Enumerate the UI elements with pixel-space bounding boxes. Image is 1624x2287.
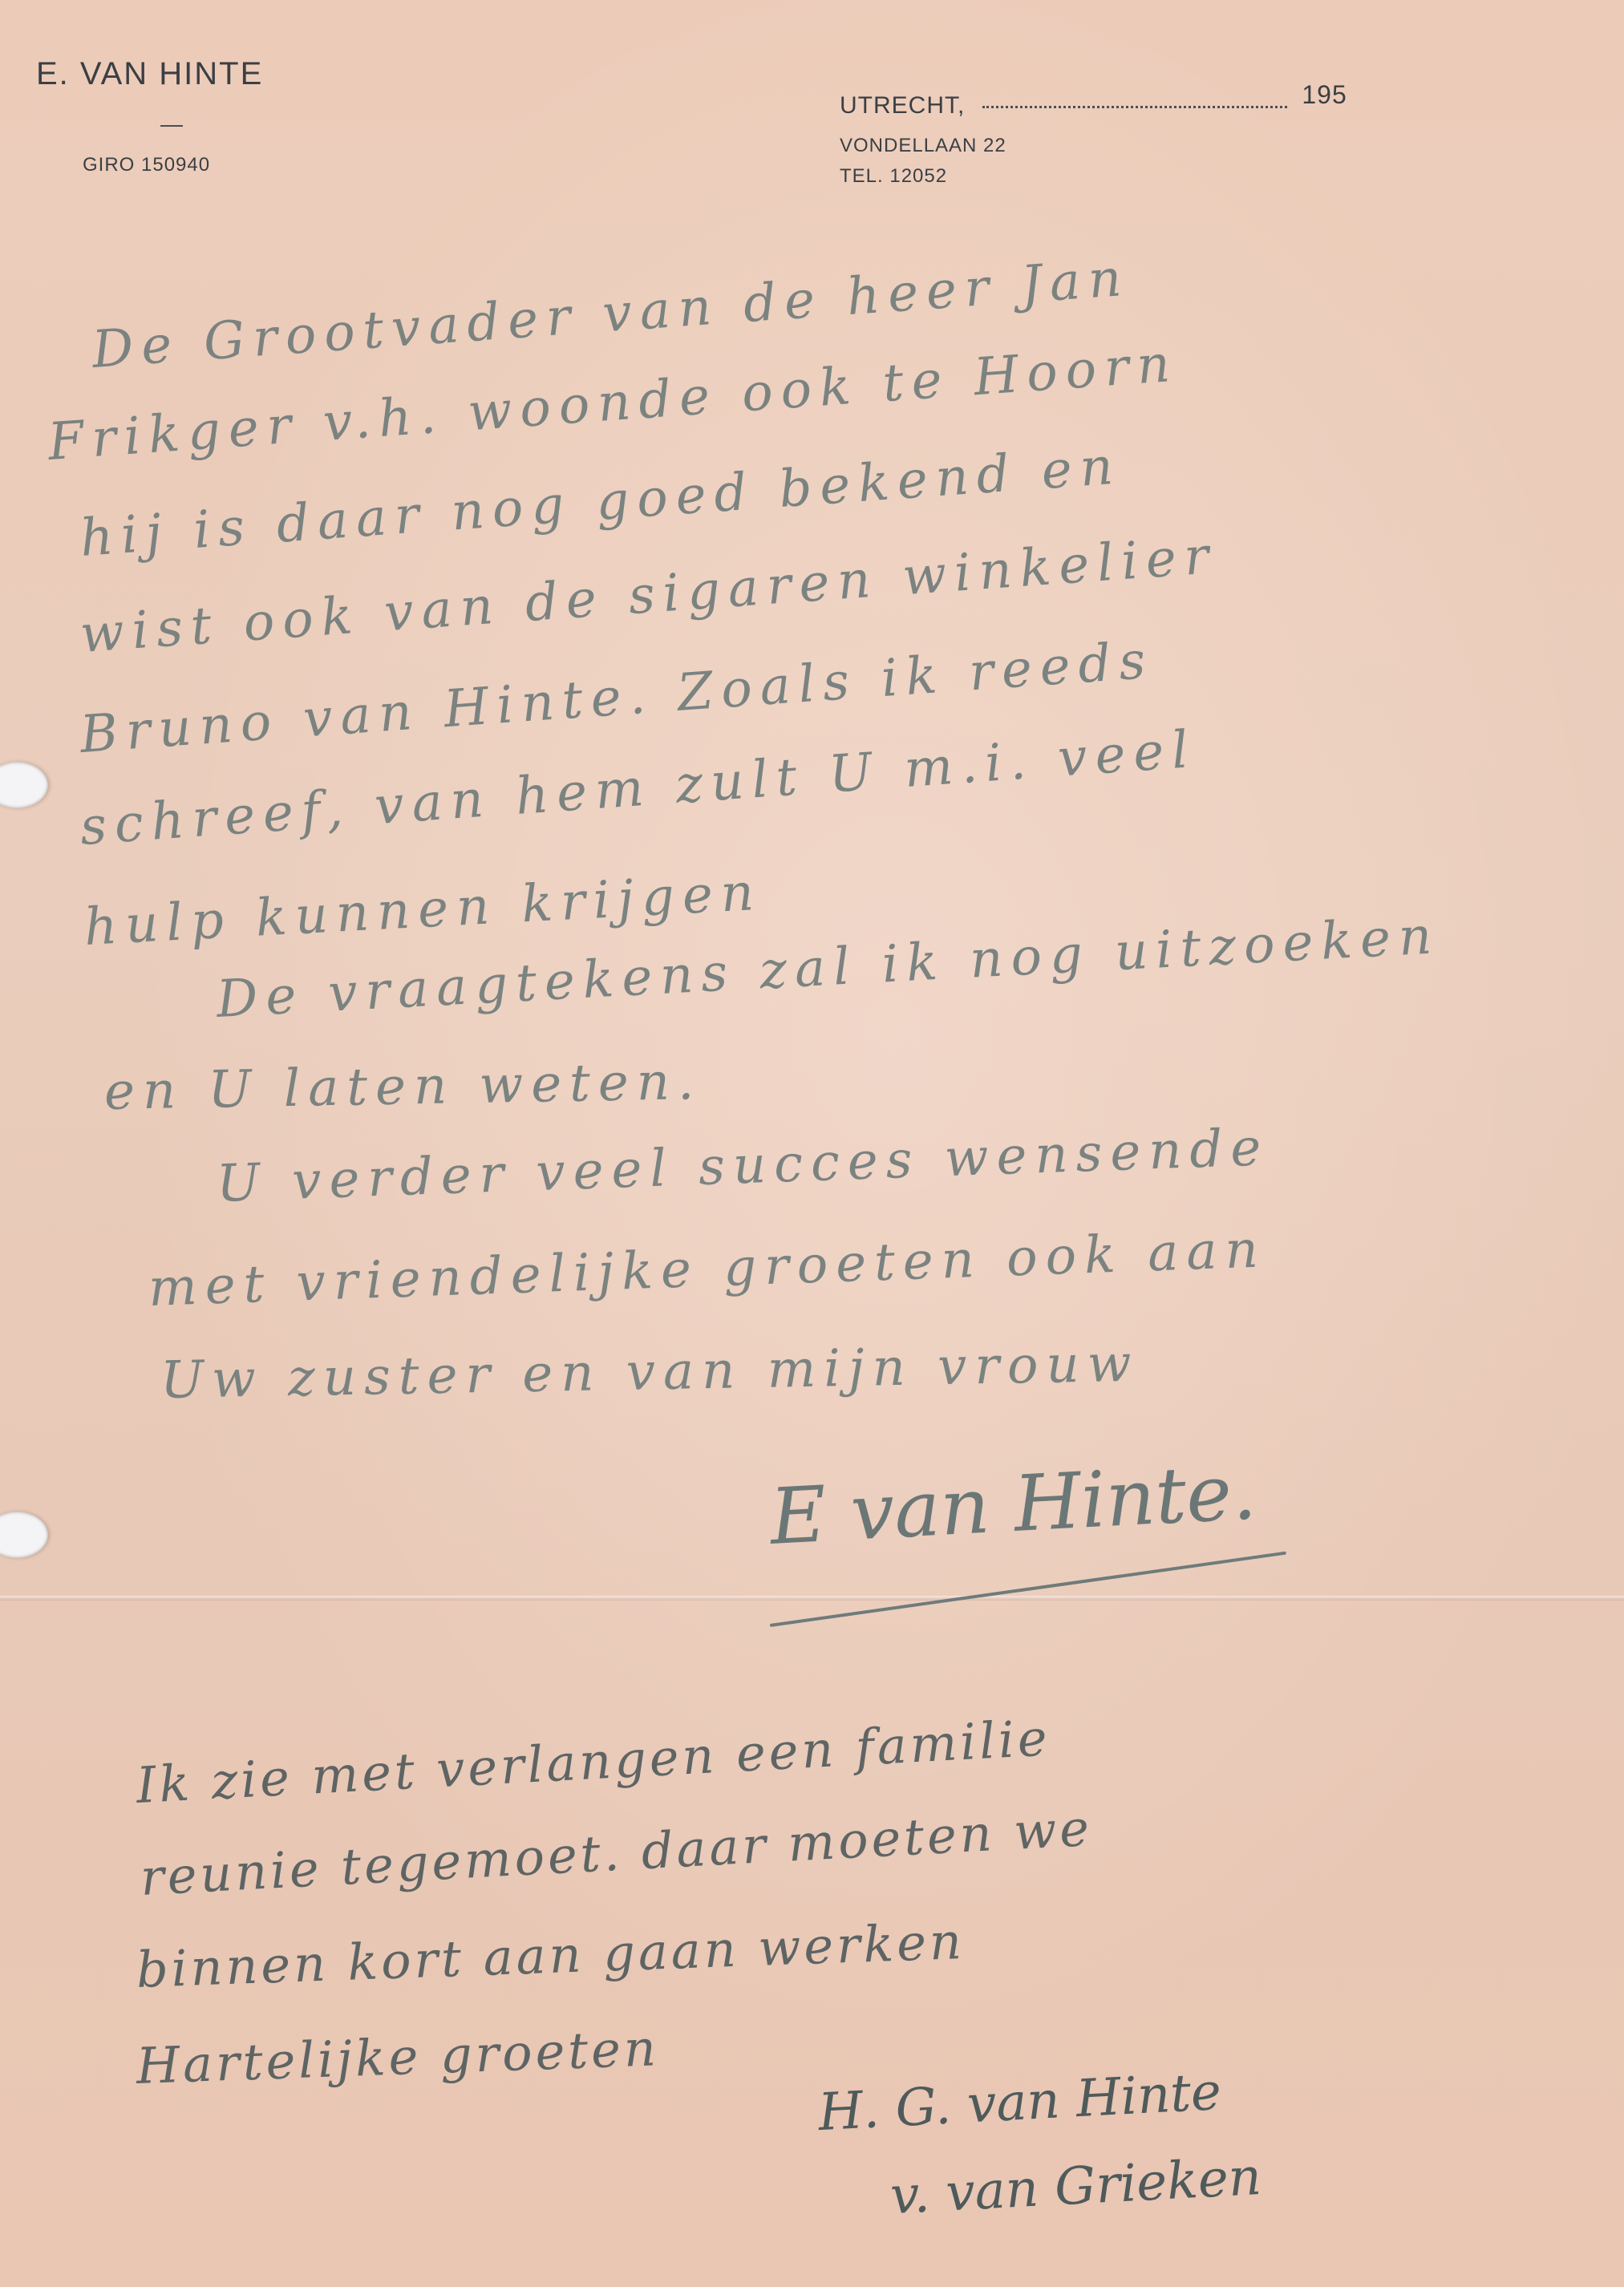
letterhead-telephone: TEL. 12052: [840, 165, 947, 188]
date-fill-dotted-line: [982, 106, 1287, 108]
letterhead-year-prefix: 195: [1302, 80, 1347, 110]
letterhead-giro: GIRO 150940: [83, 154, 210, 176]
body-line-9: en U laten weten.: [103, 1052, 702, 1122]
letterhead-name: E. VAN HINTE: [36, 56, 263, 92]
paper-fold-crease: [0, 1596, 1624, 1601]
letterhead-divider: [160, 125, 183, 127]
letterhead-date-line: UTRECHT, 195: [840, 90, 1347, 119]
letterhead-city: UTRECHT,: [840, 92, 965, 119]
letterhead-street: VONDELLAAN 22: [840, 135, 1006, 157]
